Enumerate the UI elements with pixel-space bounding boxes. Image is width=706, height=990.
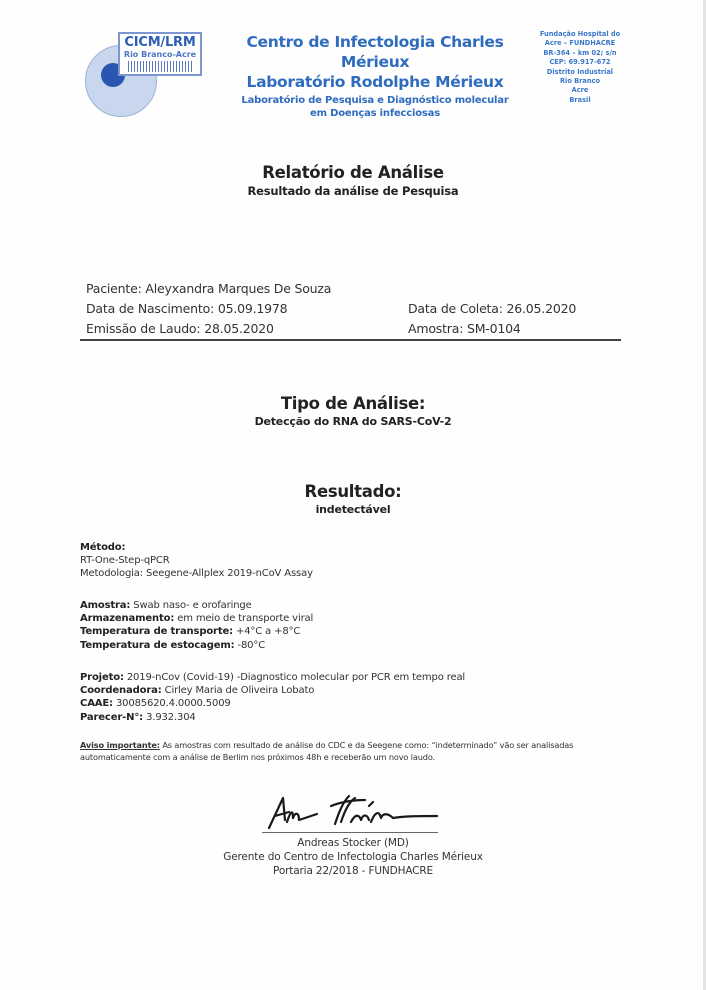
- method-section: Método: RT-One-Step-qPCR Metodologia: Se…: [80, 541, 313, 581]
- sample-info-row: Amostra: Swab naso- e orofaringe: [80, 599, 313, 612]
- analysis-block: Tipo de Análise: Detecção do RNA do SARS…: [0, 394, 706, 428]
- address-line: Acre: [536, 86, 624, 95]
- signer-role: Gerente do Centro de Infectologia Charle…: [0, 850, 706, 864]
- project-info-row: Parecer-N°: 3.932.304: [80, 711, 465, 724]
- letterhead-title: Centro de Infectologia Charles Mérieux L…: [215, 32, 535, 120]
- sample-info-label: Temperatura de estocagem:: [80, 640, 234, 651]
- sample-section: Amostra: Swab naso- e orofaringe Armazen…: [80, 599, 313, 652]
- patient-info-left: Paciente: Aleyxandra Marques De Souza Da…: [86, 279, 331, 339]
- project-info-row: Projeto: 2019-nCov (Covid-19) -Diagnosti…: [80, 671, 465, 684]
- sample-info-label: Temperatura de transporte:: [80, 626, 233, 637]
- report-subtitle: Resultado da análise de Pesquisa: [0, 184, 706, 198]
- project-info-label: CAAE:: [80, 698, 113, 709]
- sample-info-value: em meio de transporte viral: [177, 613, 313, 624]
- signer-ordinance: Portaria 22/2018 - FUNDHACRE: [0, 864, 706, 878]
- analysis-value: Detecção do RNA do SARS-CoV-2: [0, 415, 706, 428]
- laboratory-subtitle-1: Laboratório de Pesquisa e Diagnóstico mo…: [215, 94, 535, 107]
- logo-badge: CICM/LRM Rio Branco-Acre: [118, 32, 202, 76]
- sample-info-value: Swab naso- e orofaringe: [133, 600, 251, 611]
- birth-date-row: Data de Nascimento: 05.09.1978: [86, 299, 331, 319]
- sample-info-label: Amostra:: [80, 600, 130, 611]
- patient-name: Aleyxandra Marques De Souza: [145, 281, 331, 296]
- project-info-value: 3.932.304: [146, 712, 196, 723]
- address-line: Acre – FUNDHACRE: [536, 39, 624, 48]
- result-value: indetectável: [0, 503, 706, 516]
- project-info-row: CAAE: 30085620.4.0000.5009: [80, 697, 465, 710]
- sample-id: SM-0104: [467, 321, 521, 336]
- sample-info-row: Temperatura de transporte: +4°C a +8°C: [80, 625, 313, 638]
- divider: [80, 339, 621, 341]
- signer-name: Andreas Stocker (MD): [0, 836, 706, 850]
- address-line: Distrito Industrial: [536, 68, 624, 77]
- method-line-1: RT-One-Step-qPCR: [80, 554, 313, 567]
- result-heading: Resultado:: [0, 482, 706, 501]
- institution-logo: CICM/LRM Rio Branco-Acre: [82, 30, 212, 110]
- laboratory-subtitle-2: em Doenças infecciosas: [215, 107, 535, 120]
- birth-date: 05.09.1978: [218, 301, 288, 316]
- project-info-value: Cirley Maria de Oliveira Lobato: [165, 685, 315, 696]
- address-line: CEP: 69.917-672: [536, 58, 624, 67]
- issue-date-row: Emissão de Laudo: 28.05.2020: [86, 319, 331, 339]
- result-block: Resultado: indetectável: [0, 482, 706, 516]
- address-line: Fundação Hospital do: [536, 30, 624, 39]
- signature-line: [262, 832, 438, 833]
- sample-info-row: Armazenamento: em meio de transporte vir…: [80, 612, 313, 625]
- sample-info-label: Armazenamento:: [80, 613, 174, 624]
- project-section: Projeto: 2019-nCov (Covid-19) -Diagnosti…: [80, 671, 465, 724]
- logo-city: Rio Branco-Acre: [120, 50, 200, 59]
- notice-label: Aviso importante:: [80, 740, 160, 750]
- report-title-block: Relatório de Análise Resultado da anális…: [0, 163, 706, 198]
- patient-info-right: Data de Coleta: 26.05.2020 Amostra: SM-0…: [408, 299, 576, 339]
- birth-date-label: Data de Nascimento:: [86, 301, 214, 316]
- project-info-label: Parecer-N°:: [80, 712, 143, 723]
- signature-icon: [265, 792, 445, 832]
- laboratory-name: Laboratório Rodolphe Mérieux: [215, 72, 535, 92]
- patient-name-label: Paciente:: [86, 281, 142, 296]
- collection-date-row: Data de Coleta: 26.05.2020: [408, 299, 576, 319]
- address-line: Brasil: [536, 96, 624, 105]
- sample-id-row: Amostra: SM-0104: [408, 319, 576, 339]
- institute-name: Centro de Infectologia Charles Mérieux: [215, 32, 535, 72]
- method-line-2: Metodologia: Seegene-Allplex 2019-nCoV A…: [80, 567, 313, 580]
- project-info-value: 30085620.4.0000.5009: [116, 698, 231, 709]
- report-title: Relatório de Análise: [0, 163, 706, 182]
- signer-block: Andreas Stocker (MD) Gerente do Centro d…: [0, 836, 706, 878]
- sample-id-label: Amostra:: [408, 321, 463, 336]
- collection-date-label: Data de Coleta:: [408, 301, 503, 316]
- collection-date: 26.05.2020: [507, 301, 577, 316]
- issue-date-label: Emissão de Laudo:: [86, 321, 200, 336]
- project-info-row: Coordenadora: Cirley Maria de Oliveira L…: [80, 684, 465, 697]
- address-line: Rio Branco: [536, 77, 624, 86]
- sample-info-value: -80°C: [238, 640, 266, 651]
- project-info-label: Projeto:: [80, 672, 124, 683]
- logo-acronym: CICM/LRM: [120, 36, 200, 50]
- patient-name-row: Paciente: Aleyxandra Marques De Souza: [86, 279, 331, 299]
- important-notice: Aviso importante: As amostras com result…: [80, 740, 600, 763]
- institution-address: Fundação Hospital do Acre – FUNDHACRE BR…: [536, 30, 624, 105]
- address-line: BR-364 – km 02; s/n: [536, 49, 624, 58]
- logo-wave-icon: [128, 61, 192, 72]
- sample-info-row: Temperatura de estocagem: -80°C: [80, 639, 313, 652]
- analysis-heading: Tipo de Análise:: [0, 394, 706, 413]
- issue-date: 28.05.2020: [204, 321, 274, 336]
- project-info-value: 2019-nCov (Covid-19) -Diagnostico molecu…: [127, 672, 465, 683]
- method-label: Método:: [80, 542, 125, 553]
- sample-info-value: +4°C a +8°C: [236, 626, 300, 637]
- project-info-label: Coordenadora:: [80, 685, 162, 696]
